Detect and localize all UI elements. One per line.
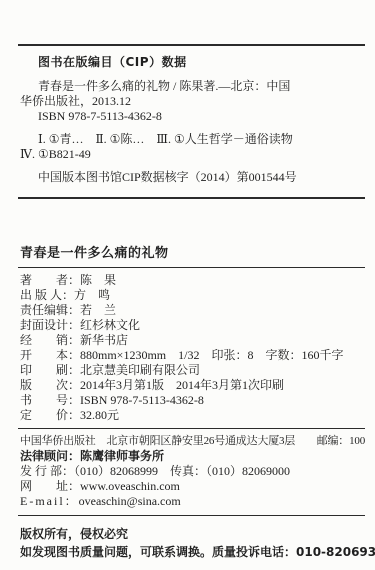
website-row: 网 址：www.oveaschin.com [20,479,365,494]
colophon-label: 封面设计： [20,318,80,332]
quality-complaint-notice: 如发现图书质量问题，可联系调换。质量投诉电话：010-82069336 [20,543,365,561]
colophon-row-format: 开 本：880mm×1230mm 1/32 印张：8 字数：160千字 [20,348,365,363]
colophon-value: 方 鸣 [74,288,110,302]
legal-counsel-row: 法律顾问：陈鹰律师事务所 [20,449,365,464]
colophon-row-price: 定 价：32.80元 [20,408,365,423]
colophon-row-publisher-person: 出 版 人：方 鸣 [20,288,365,303]
colophon-row-author: 著 者：陈 果 [20,273,365,288]
colophon-row-printing: 印 刷：北京慧美印刷有限公司 [20,363,365,378]
cip-isbn-line: ISBN 978-7-5113-4362-8 [38,109,365,124]
colophon-value: 32.80元 [80,408,119,422]
publisher-address-line: 中国华侨出版社 北京市朝阳区静安里26号通成达大厦3层 邮编：100028 [20,434,365,449]
cip-data-box: 图书在版编目（CIP）数据 青春是一件多么痛的礼物 / 陈果著.—北京：中国 华… [18,44,365,199]
email-row: E-mail：oveaschin@sina.com [20,494,365,509]
colophon-row-isbn: 书 号：ISBN 978-7-5113-4362-8 [20,393,365,408]
book-copyright-page: 图书在版编目（CIP）数据 青春是一件多么痛的礼物 / 陈果著.—北京：中国 华… [0,0,375,570]
copyright-notice: 版权所有，侵权必究 [20,525,365,543]
website-label: 网 址： [20,479,80,493]
colophon-label: 著 者： [20,273,80,287]
colophon-value: 2014年3月第1版 2014年3月第1次印刷 [80,378,284,392]
legal-counsel-label: 法律顾问： [20,449,80,463]
colophon-value: 陈 果 [80,273,116,287]
distribution-dept-value: （010）82068999 传真：（010）82069000 [74,464,290,478]
colophon-label: 开 本： [20,348,80,362]
colophon-label: 责任编辑： [20,303,80,317]
colophon-label: 定 价： [20,408,80,422]
book-title: 青春是一件多么痛的礼物 [18,246,365,268]
footer-notices: 版权所有，侵权必究 如发现图书质量问题，可联系调换。质量投诉电话：010-820… [18,525,365,561]
legal-counsel-value: 陈鹰律师事务所 [80,449,164,463]
publisher-contact-section: 中国华侨出版社 北京市朝阳区静安里26号通成达大厦3层 邮编：100028 法律… [18,429,365,516]
cip-classification-line-1: Ⅰ. ①青… Ⅱ. ①陈… Ⅲ. ①人生哲学－通俗读物 [38,132,365,147]
colophon-row-edition: 版 次：2014年3月第1版 2014年3月第1次印刷 [20,378,365,393]
colophon-row-editor: 责任编辑：若 兰 [20,303,365,318]
distribution-dept-row: 发 行 部：（010）82068999 传真：（010）82069000 [20,464,365,479]
colophon-row-cover-design: 封面设计：红杉林文化 [20,318,365,333]
colophon-value: 880mm×1230mm 1/32 印张：8 字数：160千字 [80,348,343,362]
website-value: www.oveaschin.com [80,479,180,493]
cip-record-number-line: 中国版本图书馆CIP数据核字（2014）第001544号 [38,170,365,185]
cip-title-line-1: 青春是一件多么痛的礼物 / 陈果著.—北京：中国 [38,79,365,94]
colophon-label: 经 销： [20,333,80,347]
colophon-label: 书 号： [20,393,80,407]
email-value: oveaschin@sina.com [79,494,181,508]
cip-title-line-2: 华侨出版社，2013.12 [20,94,365,109]
colophon-value: 新华书店 [80,333,128,347]
colophon-value: ISBN 978-7-5113-4362-8 [80,393,204,407]
distribution-dept-label: 发 行 部： [20,464,74,478]
colophon-label: 印 刷： [20,363,80,377]
colophon-row-distribution: 经 销：新华书店 [20,333,365,348]
colophon-label: 出 版 人： [20,288,74,302]
colophon-section: 著 者：陈 果 出 版 人：方 鸣 责任编辑：若 兰 封面设计：红杉林文化 经 … [18,268,365,429]
colophon-value: 北京慧美印刷有限公司 [80,363,200,377]
colophon-label: 版 次： [20,378,80,392]
colophon-value: 红杉林文化 [80,318,140,332]
colophon-value: 若 兰 [80,303,116,317]
cip-classification-line-2: Ⅳ. ①B821-49 [20,147,365,162]
cip-heading: 图书在版编目（CIP）数据 [38,55,365,70]
email-label: E-mail： [20,494,79,508]
